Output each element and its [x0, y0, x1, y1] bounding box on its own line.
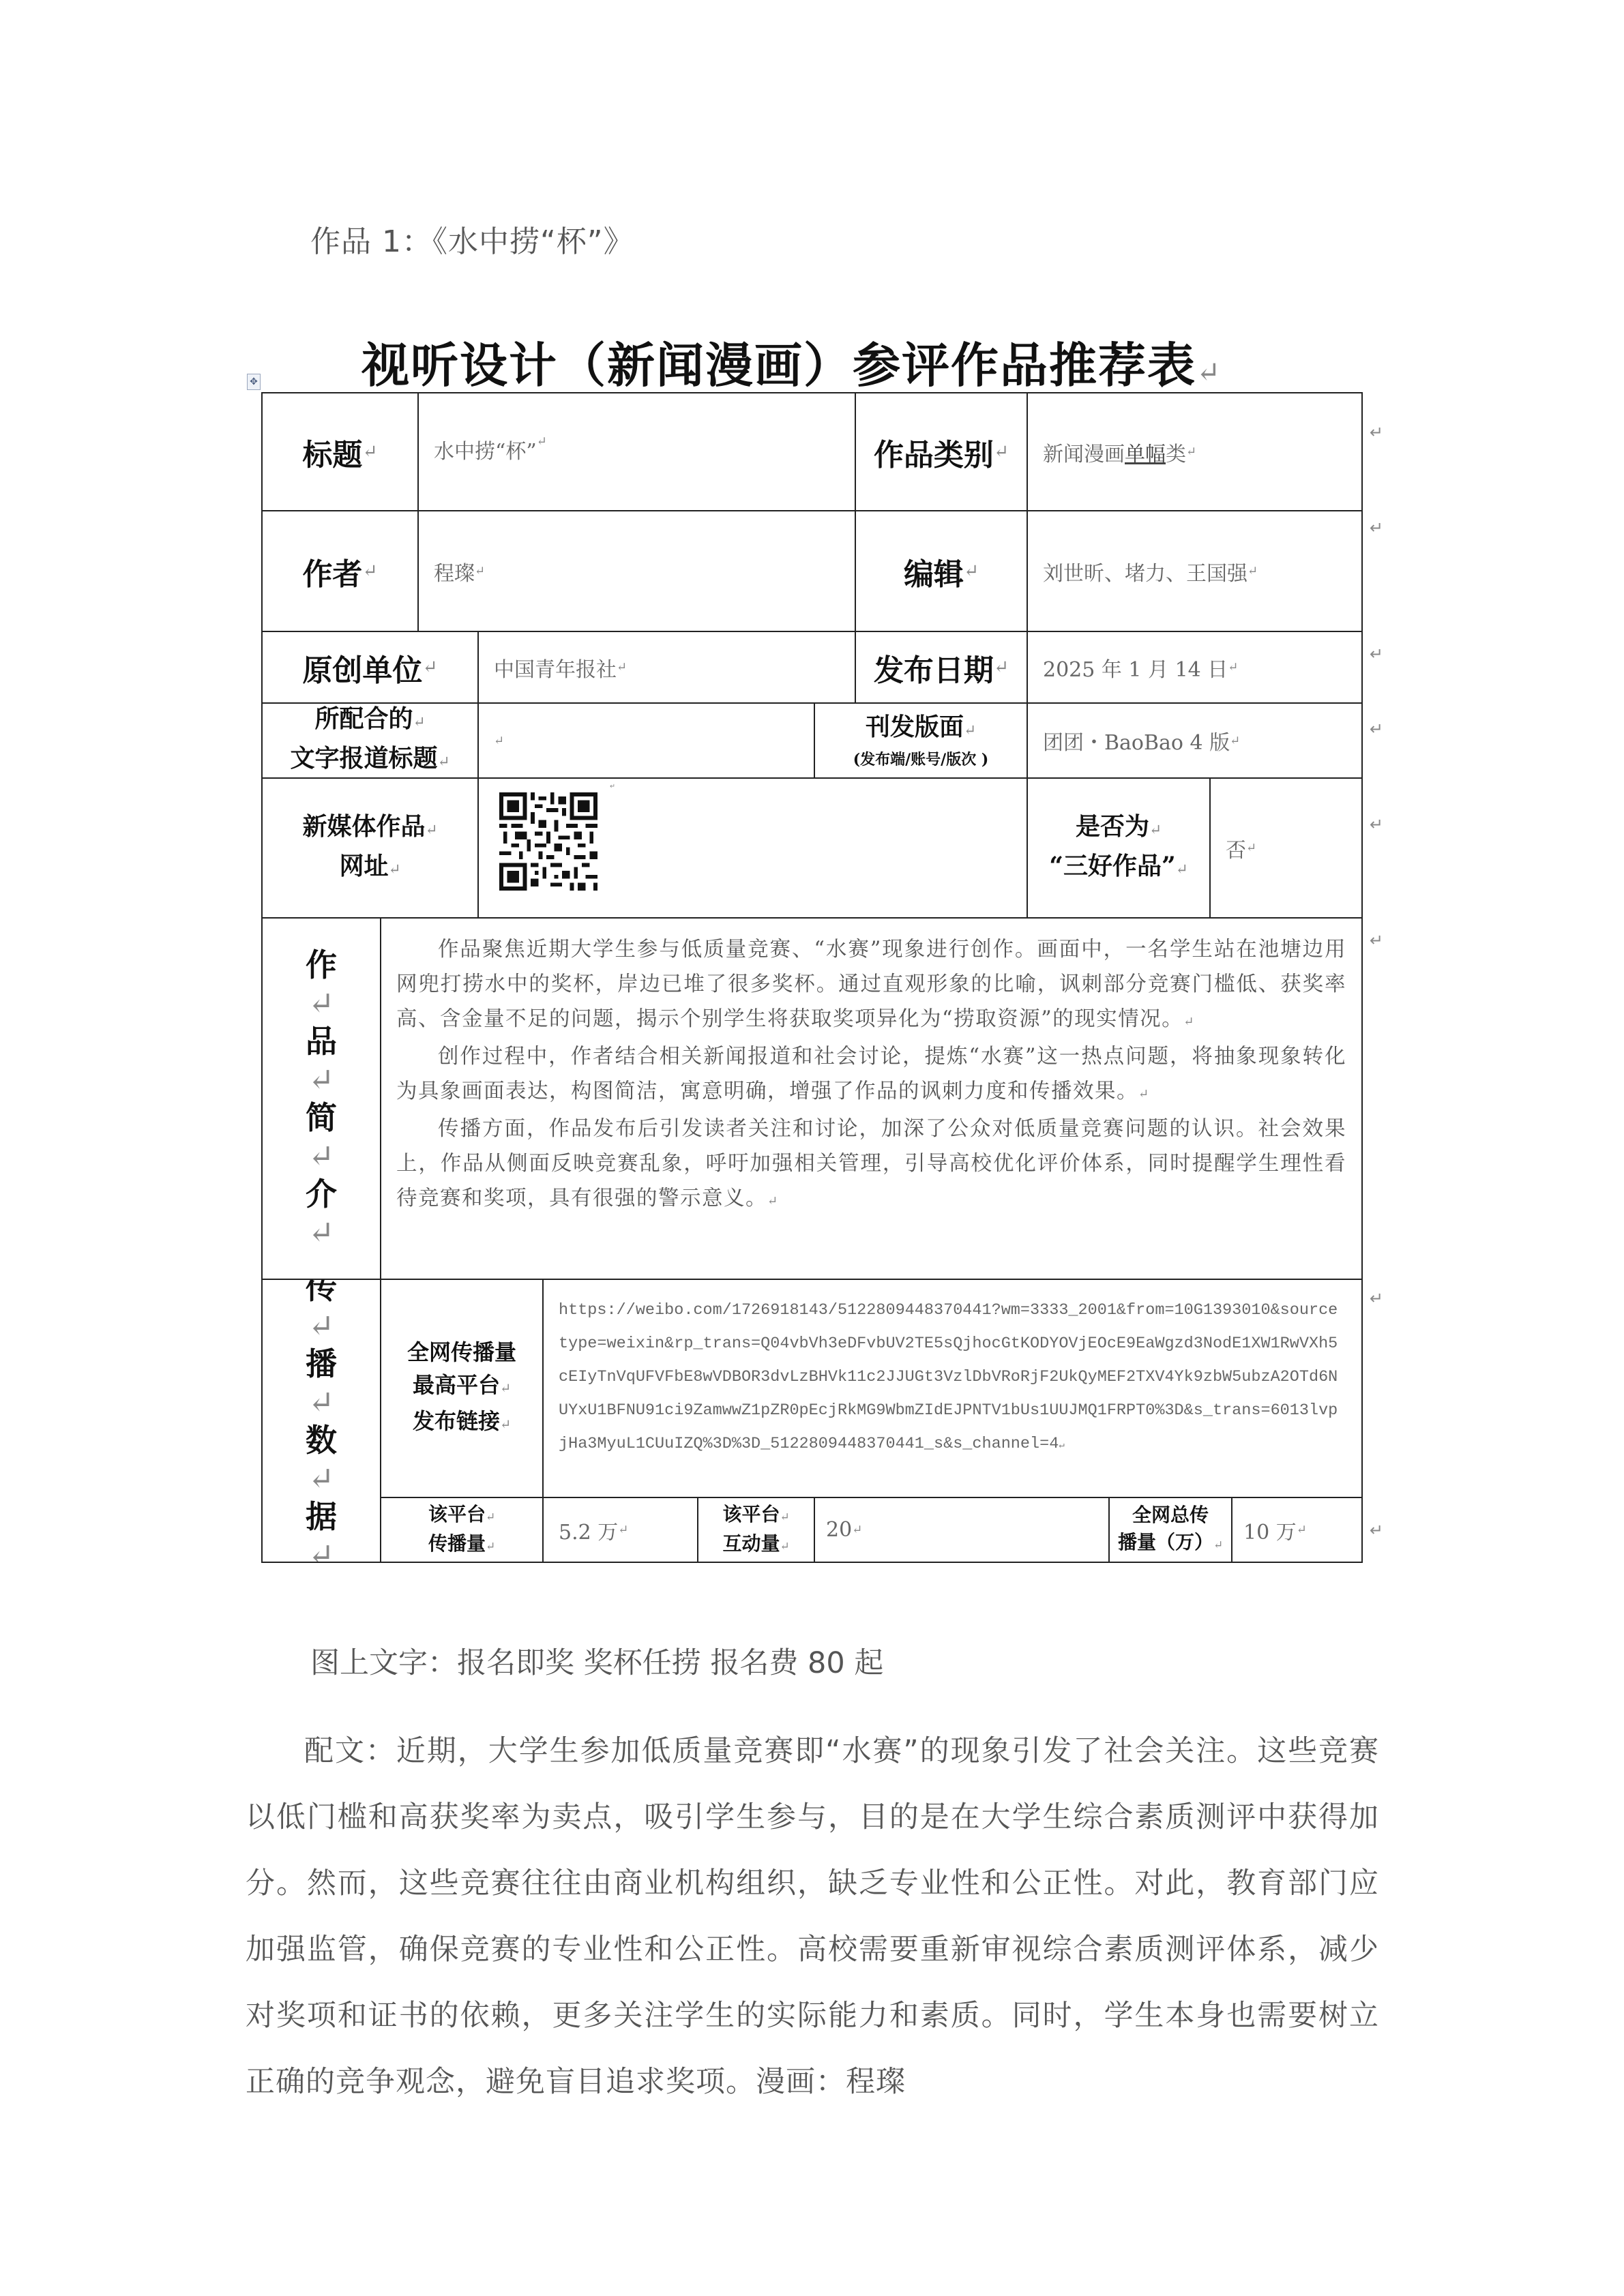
label-new-media: 新媒体作品↵网址↵ — [261, 777, 479, 919]
value-date[interactable]: 2025 年 1 月 14 日↵ — [1027, 631, 1363, 704]
body-paragraph: 配文：近期，大学生参加低质量竞赛即“水赛”的现象引发了社会关注。这些竞赛以低门槛… — [246, 1718, 1379, 2115]
value-platform-interaction[interactable]: 20↵ — [814, 1497, 1110, 1563]
row-end-mark: ↵ — [1370, 931, 1383, 950]
row-end-mark: ↵ — [1370, 518, 1383, 537]
row-end-mark: ↵ — [1370, 1289, 1383, 1308]
label-platform-interaction: 该平台↵互动量↵ — [697, 1497, 815, 1563]
row-end-mark: ↵ — [1370, 815, 1383, 834]
label-total-spread: 全网总传播量（万）↵ — [1108, 1497, 1232, 1563]
row-end-mark: ↵ — [1370, 644, 1383, 664]
label-three-good: 是否为↵“三好作品”↵ — [1027, 777, 1211, 919]
accompanying-text: 配文：近期，大学生参加低质量竞赛即“水赛”的现象引发了社会关注。这些竞赛以低门槛… — [246, 1718, 1379, 2115]
caption-image-text: 图上文字：报名即奖 奖杯任捞 报名费 80 起 — [310, 1640, 883, 1682]
value-author[interactable]: 程璨↵ — [417, 510, 856, 632]
form-title: 视听设计（新闻漫画）参评作品推荐表↵ — [361, 327, 1222, 396]
table-move-handle-icon[interactable]: ✥ — [247, 374, 261, 390]
section-heading: 作品 1：《水中捞“杯”》 — [310, 217, 634, 260]
label-editor: 编辑↵ — [855, 510, 1028, 632]
label-summary: 作↵ 品↵ 简↵ 介↵ — [261, 917, 381, 1280]
value-new-media: ↵ — [477, 777, 1028, 919]
label-category: 作品类别↵ — [855, 392, 1028, 511]
summary-paragraph-3: 传播方面，作品发布后引发读者关注和讨论，加深了公众对低质量竞赛问题的认识。社会效… — [396, 1112, 1346, 1219]
summary-paragraph-1: 作品聚焦近期大学生参与低质量竞赛、“水赛”现象进行创作。画面中，一名学生站在池塘… — [396, 932, 1346, 1039]
label-top-platform-link: 全网传播量 最高平台↵ 发布链接↵ — [380, 1279, 544, 1498]
label-page: 刊发版面↵(发布端/账号/版次 ) — [814, 702, 1028, 779]
value-page[interactable]: 团团・BaoBao 4 版↵ — [1027, 702, 1363, 779]
value-top-platform-link[interactable]: https://weibo.com/1726918143/51228094483… — [542, 1279, 1363, 1498]
row-end-mark: ↵ — [1370, 719, 1383, 739]
value-platform-spread[interactable]: 5.2 万↵ — [542, 1497, 698, 1563]
weibo-link[interactable]: https://weibo.com/1726918143/51228094483… — [559, 1301, 1338, 1453]
value-unit[interactable]: 中国青年报社↵ — [477, 631, 856, 704]
label-author: 作者↵ — [261, 510, 419, 632]
value-category[interactable]: 新闻漫画单幅类↵ — [1027, 392, 1363, 511]
row-end-mark: ↵ — [1370, 423, 1383, 442]
qr-code-icon[interactable] — [498, 792, 599, 891]
value-total-spread[interactable]: 10 万↵ — [1231, 1497, 1363, 1563]
value-related-title[interactable]: ↵ — [477, 702, 815, 779]
label-unit: 原创单位↵ — [261, 631, 479, 704]
value-three-good[interactable]: 否↵ — [1209, 777, 1363, 919]
value-title[interactable]: 水中捞“杯”↵ — [417, 392, 856, 511]
label-spread: 传↵ 播↵ 数↵ 据↵ — [261, 1279, 381, 1563]
label-title: 标题↵ — [261, 392, 419, 511]
label-related-title: 所配合的↵文字报道标题↵ — [261, 702, 479, 779]
label-date: 发布日期↵ — [855, 631, 1028, 704]
row-end-mark: ↵ — [1370, 1521, 1383, 1540]
value-editor[interactable]: 刘世昕、堵力、王国强↵ — [1027, 510, 1363, 632]
summary-paragraph-2: 创作过程中，作者结合相关新闻报道和社会讨论，提炼“水赛”这一热点问题，将抽象现象… — [396, 1039, 1346, 1112]
label-platform-spread: 该平台↵传播量↵ — [380, 1497, 544, 1563]
value-summary[interactable]: 作品聚焦近期大学生参与低质量竞赛、“水赛”现象进行创作。画面中，一名学生站在池塘… — [380, 917, 1363, 1280]
